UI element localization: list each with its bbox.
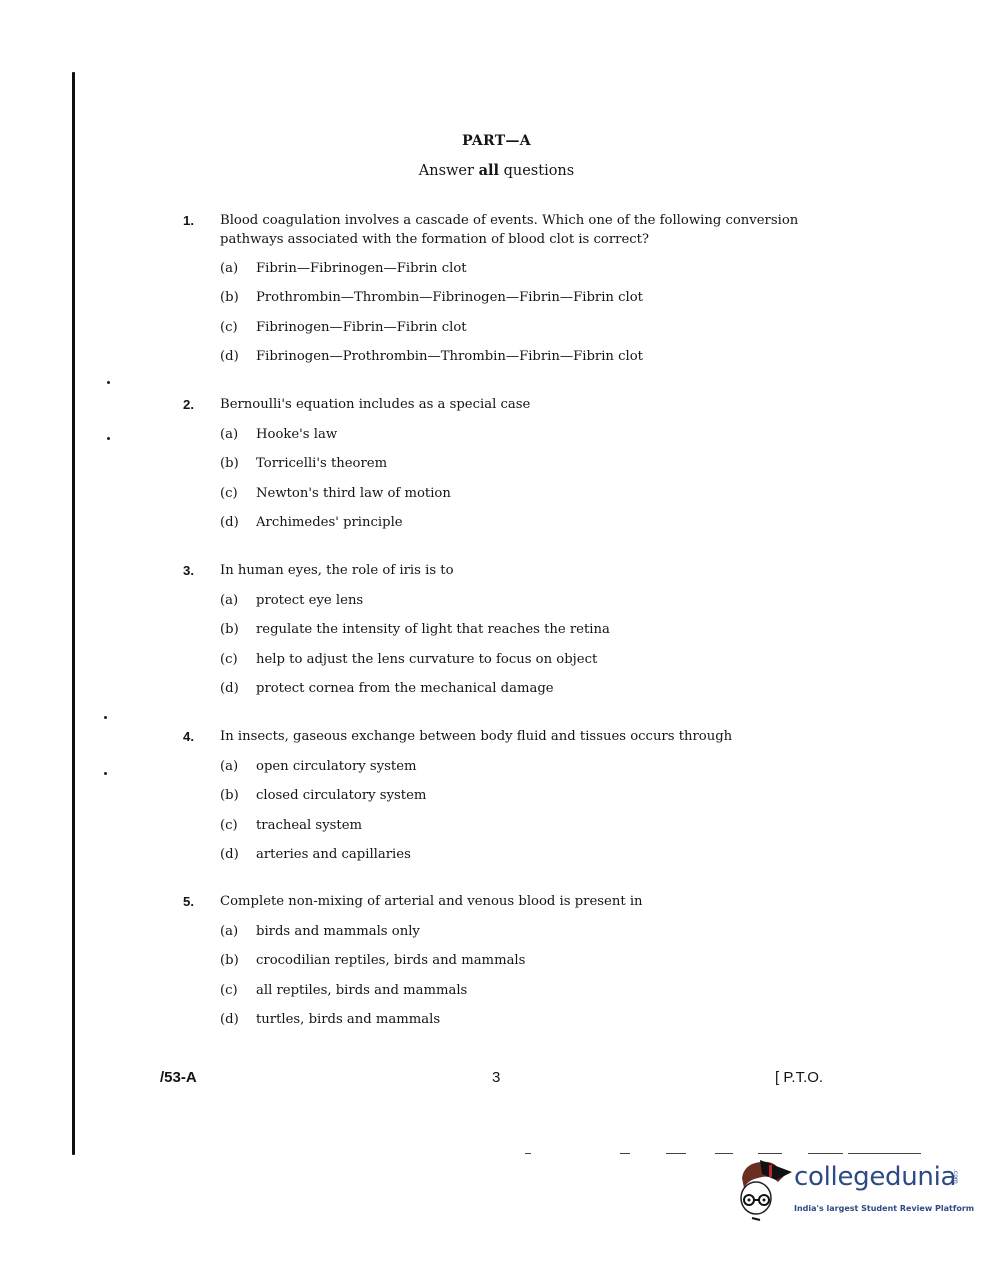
option-text: help to adjust the lens curvature to foc… xyxy=(256,652,597,667)
option-a: (a)birds and mammals only xyxy=(220,922,420,941)
question-number: 2. xyxy=(183,395,194,414)
question-text: Bernoulli's equation includes as a speci… xyxy=(220,395,840,414)
scan-artifact xyxy=(525,1153,531,1154)
option-label: (b) xyxy=(220,454,256,473)
question-number: 5. xyxy=(183,892,194,911)
brand-domain: .com xyxy=(952,1169,959,1184)
option-text: Fibrinogen—Fibrin—Fibrin clot xyxy=(256,320,467,335)
option-text: all reptiles, birds and mammals xyxy=(256,983,467,998)
option-text: Torricelli's theorem xyxy=(256,456,387,471)
option-d: (d)Archimedes' principle xyxy=(220,513,403,532)
option-label: (d) xyxy=(220,679,256,698)
option-c: (c)Newton's third law of motion xyxy=(220,484,451,503)
option-label: (d) xyxy=(220,347,256,366)
option-text: regulate the intensity of light that rea… xyxy=(256,622,610,637)
option-text: turtles, birds and mammals xyxy=(256,1012,440,1027)
option-d: (d)arteries and capillaries xyxy=(220,845,411,864)
option-d: (d)Fibrinogen—Prothrombin—Thrombin—Fibri… xyxy=(220,347,643,366)
paper-code: /53-A xyxy=(160,1069,197,1086)
option-text: crocodilian reptiles, birds and mammals xyxy=(256,953,525,968)
scan-artifact xyxy=(848,1153,921,1154)
option-c: (c)tracheal system xyxy=(220,816,362,835)
page-number: 3 xyxy=(492,1069,500,1086)
option-text: Prothrombin—Thrombin—Fibrinogen—Fibrin—F… xyxy=(256,290,643,305)
scan-artifact xyxy=(620,1153,630,1154)
option-label: (c) xyxy=(220,981,256,1000)
option-b: (b)Prothrombin—Thrombin—Fibrinogen—Fibri… xyxy=(220,288,643,307)
option-d: (d)protect cornea from the mechanical da… xyxy=(220,679,554,698)
option-a: (a)open circulatory system xyxy=(220,757,417,776)
scan-artifact xyxy=(808,1153,843,1154)
option-a: (a)Fibrin—Fibrinogen—Fibrin clot xyxy=(220,259,467,278)
question-number: 3. xyxy=(183,561,194,580)
option-label: (c) xyxy=(220,816,256,835)
scan-speck xyxy=(107,381,110,384)
part-title: PART—A xyxy=(0,133,993,149)
option-c: (c)help to adjust the lens curvature to … xyxy=(220,650,597,669)
question-text: Complete non-mixing of arterial and veno… xyxy=(220,892,840,911)
instruction-text: questions xyxy=(499,163,574,179)
pto-label: [ P.T.O. xyxy=(775,1069,823,1086)
option-c: (c)all reptiles, birds and mammals xyxy=(220,981,467,1000)
scan-margin-line xyxy=(72,72,75,1155)
option-label: (b) xyxy=(220,786,256,805)
scan-artifact xyxy=(715,1153,733,1154)
option-label: (a) xyxy=(220,591,256,610)
question-text: Blood coagulation involves a cascade of … xyxy=(220,211,840,249)
collegedunia-watermark[interactable]: collegedunia .com India's largest Studen… xyxy=(736,1160,966,1224)
scan-artifact xyxy=(758,1153,782,1154)
question-text: In insects, gaseous exchange between bod… xyxy=(220,727,860,746)
option-label: (a) xyxy=(220,259,256,278)
instruction: Answer all questions xyxy=(0,162,993,179)
instruction-text: Answer xyxy=(419,163,479,179)
instruction-emphasis: all xyxy=(479,162,499,179)
option-label: (c) xyxy=(220,484,256,503)
option-label: (a) xyxy=(220,757,256,776)
option-text: open circulatory system xyxy=(256,759,417,774)
option-b: (b)crocodilian reptiles, birds and mamma… xyxy=(220,951,525,970)
option-text: Newton's third law of motion xyxy=(256,486,451,501)
option-label: (b) xyxy=(220,288,256,307)
option-text: Fibrinogen—Prothrombin—Thrombin—Fibrin—F… xyxy=(256,349,643,364)
option-text: Hooke's law xyxy=(256,427,337,442)
brand-tagline: India's largest Student Review Platform xyxy=(794,1204,974,1213)
option-b: (b)closed circulatory system xyxy=(220,786,426,805)
option-text: Fibrin—Fibrinogen—Fibrin clot xyxy=(256,261,467,276)
option-text: closed circulatory system xyxy=(256,788,426,803)
option-text: arteries and capillaries xyxy=(256,847,411,862)
mascot-icon xyxy=(736,1160,794,1224)
question-number: 4. xyxy=(183,727,194,746)
option-label: (d) xyxy=(220,513,256,532)
option-text: birds and mammals only xyxy=(256,924,420,939)
option-text: protect eye lens xyxy=(256,593,363,608)
option-label: (c) xyxy=(220,650,256,669)
option-b: (b)Torricelli's theorem xyxy=(220,454,387,473)
option-c: (c)Fibrinogen—Fibrin—Fibrin clot xyxy=(220,318,467,337)
option-text: protect cornea from the mechanical damag… xyxy=(256,681,554,696)
option-label: (d) xyxy=(220,845,256,864)
option-text: tracheal system xyxy=(256,818,362,833)
option-label: (b) xyxy=(220,620,256,639)
brand-name: collegedunia xyxy=(794,1162,956,1192)
option-label: (a) xyxy=(220,425,256,444)
option-d: (d)turtles, birds and mammals xyxy=(220,1010,440,1029)
option-text: Archimedes' principle xyxy=(256,515,403,530)
option-label: (a) xyxy=(220,922,256,941)
scan-artifact xyxy=(666,1153,686,1154)
option-a: (a)Hooke's law xyxy=(220,425,337,444)
scan-speck xyxy=(107,437,110,440)
option-label: (d) xyxy=(220,1010,256,1029)
option-b: (b)regulate the intensity of light that … xyxy=(220,620,610,639)
question-text: In human eyes, the role of iris is to xyxy=(220,561,840,580)
scan-speck xyxy=(104,772,107,775)
option-a: (a)protect eye lens xyxy=(220,591,363,610)
option-label: (c) xyxy=(220,318,256,337)
option-label: (b) xyxy=(220,951,256,970)
scan-speck xyxy=(104,716,107,719)
question-number: 1. xyxy=(183,211,194,230)
